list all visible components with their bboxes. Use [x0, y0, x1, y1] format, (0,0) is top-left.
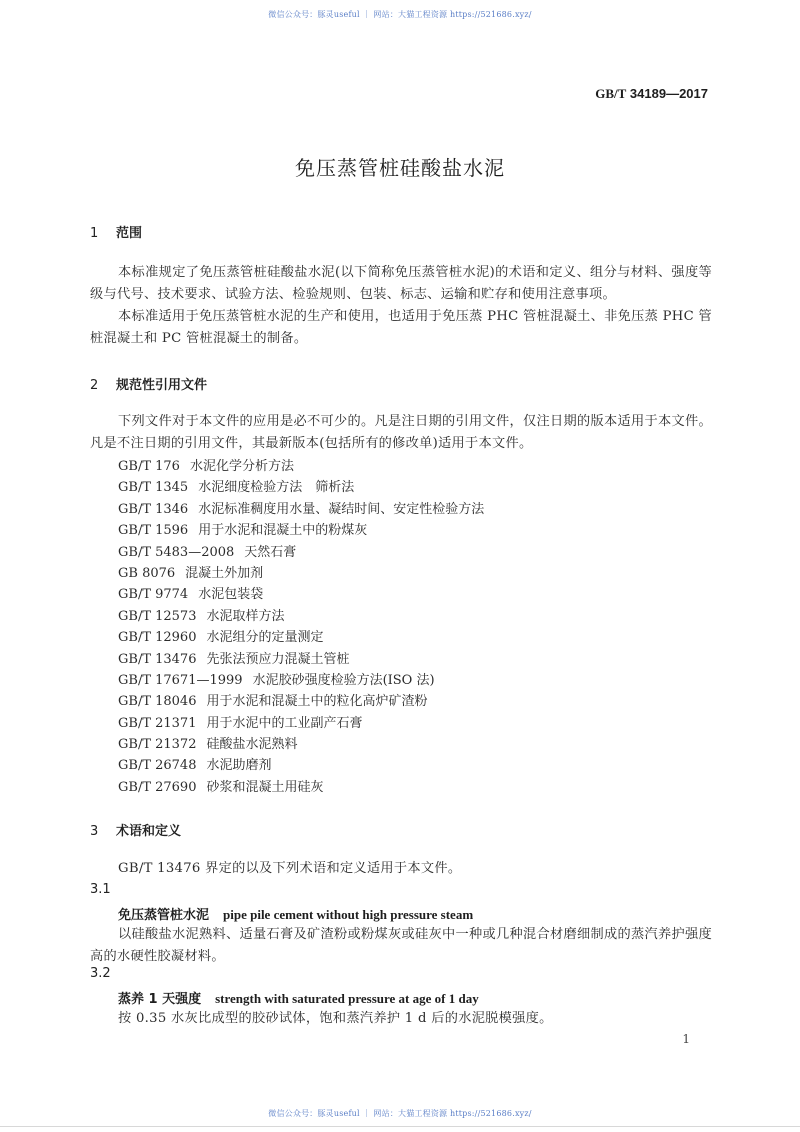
- reference-code: GB/T 5483—2008: [118, 545, 234, 560]
- reference-title: 水泥取样方法: [206, 609, 284, 624]
- term-english: pipe pile cement without high pressure s…: [223, 907, 473, 922]
- reference-item: GB/T 5483—2008天然石膏: [118, 542, 484, 563]
- section-3-heading: 3术语和定义: [90, 820, 181, 839]
- reference-item: GB/T 18046用于水泥和混凝土中的粒化高炉矿渣粉: [118, 691, 484, 712]
- section-title: 术语和定义: [116, 824, 181, 839]
- document-title: 免压蒸管桩硅酸盐水泥: [0, 152, 800, 181]
- reference-item: GB/T 21371用于水泥中的工业副产石膏: [118, 713, 484, 734]
- reference-code: GB/T 176: [118, 459, 180, 474]
- reference-item: GB 8076混凝土外加剂: [118, 563, 484, 584]
- term-3-2: 蒸养 1 天强度strength with saturated pressure…: [118, 988, 479, 1007]
- reference-code: GB/T 9774: [118, 587, 188, 602]
- reference-title: 硅酸盐水泥熟料: [206, 737, 297, 752]
- term-english: strength with saturated pressure at age …: [215, 991, 479, 1006]
- reference-title: 水泥组分的定量测定: [206, 630, 323, 645]
- reference-code: GB/T 21371: [118, 716, 196, 731]
- reference-item: GB/T 12573水泥取样方法: [118, 606, 484, 627]
- reference-item: GB/T 176水泥化学分析方法: [118, 456, 484, 477]
- reference-item: GB/T 9774水泥包装袋: [118, 584, 484, 605]
- section-title: 范围: [116, 226, 142, 241]
- reference-item: GB/T 13476先张法预应力混凝土管桩: [118, 649, 484, 670]
- reference-code: GB/T 1596: [118, 523, 188, 538]
- reference-title: 水泥标准稠度用水量、凝结时间、安定性检验方法: [198, 502, 484, 517]
- watermark-top: 微信公众号：豚灵useful ｜ 网站：大猫工程资源 https://52168…: [0, 9, 800, 20]
- section-number: 1: [90, 226, 116, 241]
- section-1-paragraph-1: 本标准规定了免压蒸管桩硅酸盐水泥(以下简称免压蒸管桩水泥)的术语和定义、组分与材…: [90, 262, 712, 306]
- reference-code: GB/T 18046: [118, 694, 196, 709]
- reference-code: GB/T 1346: [118, 502, 188, 517]
- term-chinese: 蒸养 1 天强度: [118, 992, 201, 1007]
- reference-title: 水泥胶砂强度检验方法(ISO 法): [253, 673, 435, 688]
- reference-title: 水泥包装袋: [198, 587, 263, 602]
- reference-title: 用于水泥和混凝土中的粒化高炉矿渣粉: [206, 694, 427, 709]
- clause-number-3-1: 3.1: [90, 882, 111, 897]
- watermark-bottom: 微信公众号：豚灵useful ｜ 网站：大猫工程资源 https://52168…: [0, 1108, 800, 1119]
- section-2-intro: 下列文件对于本文件的应用是必不可少的。凡是注日期的引用文件，仅注日期的版本适用于…: [90, 411, 712, 455]
- clause-number-3-2: 3.2: [90, 966, 111, 981]
- term-3-1: 免压蒸管桩水泥pipe pile cement without high pre…: [118, 904, 473, 923]
- term-3-2-definition: 按 0.35 水灰比成型的胶砂试体，饱和蒸汽养护 1 d 后的水泥脱模强度。: [90, 1008, 712, 1030]
- reference-item: GB/T 17671—1999水泥胶砂强度检验方法(ISO 法): [118, 670, 484, 691]
- reference-code: GB/T 13476: [118, 652, 196, 667]
- reference-item: GB/T 1596用于水泥和混凝土中的粉煤灰: [118, 520, 484, 541]
- reference-title: 砂浆和混凝土用硅灰: [206, 780, 323, 795]
- term-chinese: 免压蒸管桩水泥: [118, 908, 209, 923]
- reference-title: 先张法预应力混凝土管桩: [206, 652, 349, 667]
- page-bottom-divider: [0, 1126, 800, 1127]
- reference-item: GB/T 1345水泥细度检验方法 筛析法: [118, 477, 484, 498]
- reference-code: GB/T 26748: [118, 758, 196, 773]
- reference-title: 水泥细度检验方法 筛析法: [198, 480, 354, 495]
- page-number: 1: [682, 1032, 690, 1046]
- reference-title: 天然石膏: [244, 545, 296, 560]
- reference-code: GB/T 17671—1999: [118, 673, 243, 688]
- reference-item: GB/T 27690砂浆和混凝土用硅灰: [118, 777, 484, 798]
- section-3-intro: GB/T 13476 界定的以及下列术语和定义适用于本文件。: [90, 858, 712, 880]
- reference-code: GB/T 12573: [118, 609, 196, 624]
- section-number: 2: [90, 378, 116, 393]
- reference-code: GB 8076: [118, 566, 175, 581]
- reference-title: 混凝土外加剂: [185, 566, 263, 581]
- reference-code: GB/T 27690: [118, 780, 196, 795]
- section-2-heading: 2规范性引用文件: [90, 374, 207, 393]
- reference-item: GB/T 1346水泥标准稠度用水量、凝结时间、安定性检验方法: [118, 499, 484, 520]
- standard-code: GB/T 34189—2017: [595, 86, 708, 102]
- reference-item: GB/T 21372硅酸盐水泥熟料: [118, 734, 484, 755]
- reference-code: GB/T 12960: [118, 630, 196, 645]
- reference-title: 水泥助磨剂: [206, 758, 271, 773]
- section-1-paragraph-2: 本标准适用于免压蒸管桩水泥的生产和使用，也适用于免压蒸 PHC 管桩混凝土、非免…: [90, 306, 712, 350]
- reference-title: 水泥化学分析方法: [190, 459, 294, 474]
- standard-prefix: GB/T: [595, 86, 626, 101]
- term-3-1-definition: 以硅酸盐水泥熟料、适量石膏及矿渣粉或粉煤灰或硅灰中一种或几种混合材磨细制成的蒸汽…: [90, 924, 712, 968]
- reference-item: GB/T 12960水泥组分的定量测定: [118, 627, 484, 648]
- reference-title: 用于水泥和混凝土中的粉煤灰: [198, 523, 367, 538]
- section-title: 规范性引用文件: [116, 378, 207, 393]
- reference-code: GB/T 21372: [118, 737, 196, 752]
- section-1-heading: 1范围: [90, 222, 142, 241]
- section-number: 3: [90, 824, 116, 839]
- reference-item: GB/T 26748水泥助磨剂: [118, 755, 484, 776]
- normative-reference-list: GB/T 176水泥化学分析方法 GB/T 1345水泥细度检验方法 筛析法 G…: [118, 456, 484, 798]
- reference-title: 用于水泥中的工业副产石膏: [206, 716, 362, 731]
- reference-code: GB/T 1345: [118, 480, 188, 495]
- standard-number: 34189—2017: [630, 86, 708, 101]
